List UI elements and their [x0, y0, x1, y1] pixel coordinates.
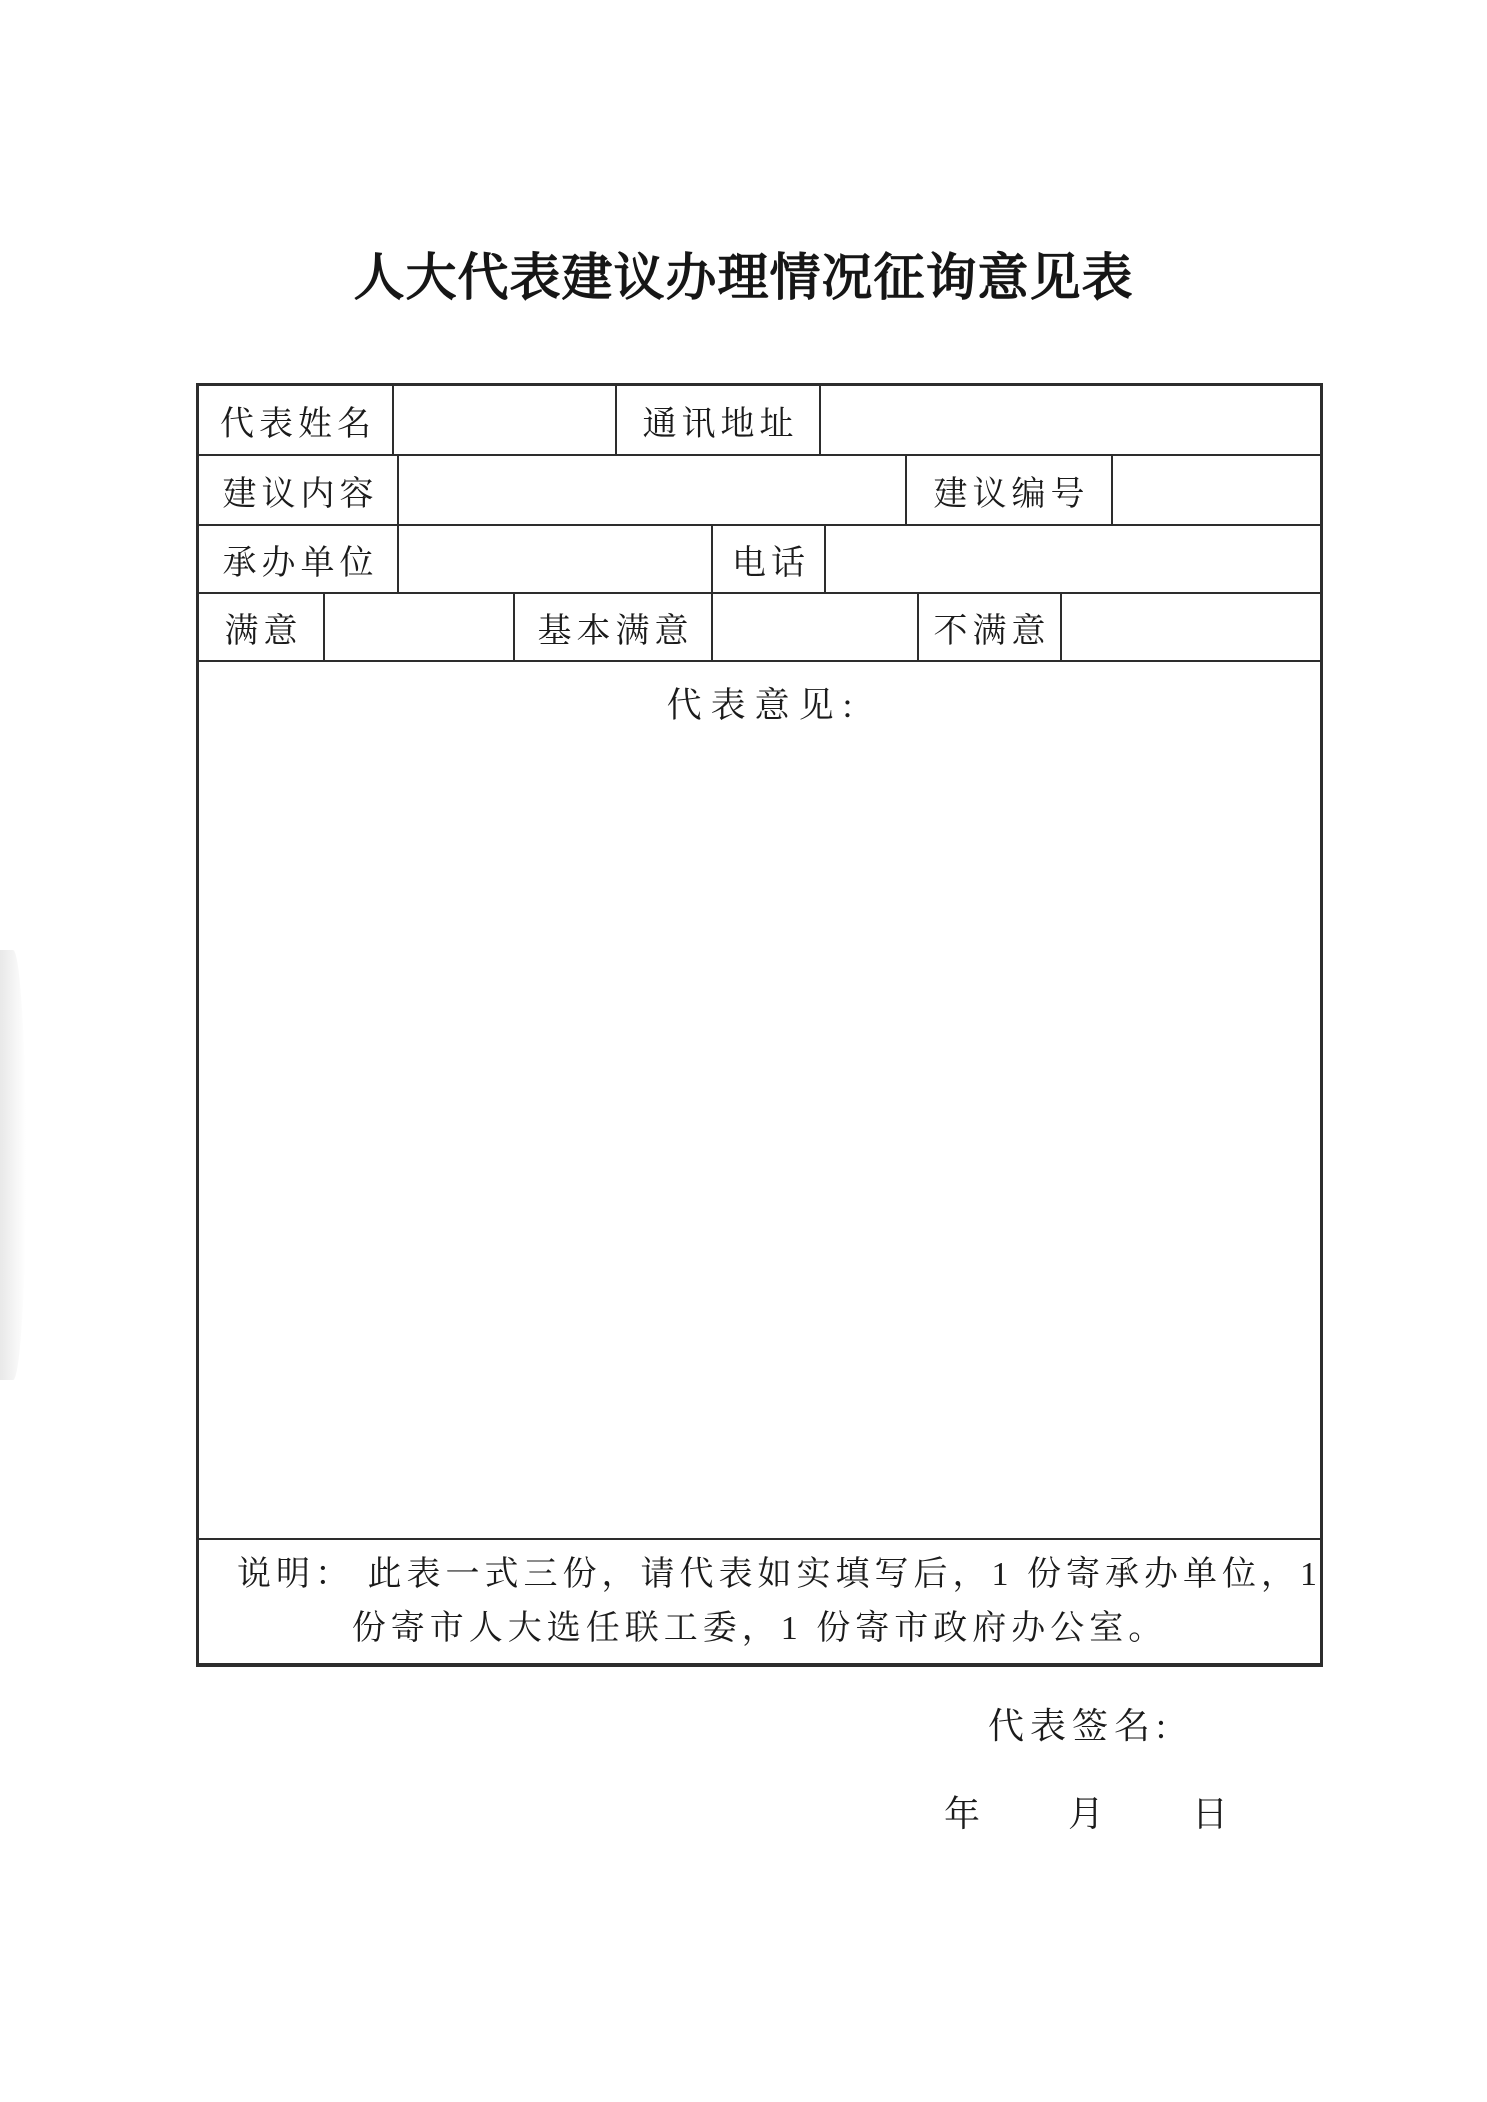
- date-month-label: 月: [1068, 1786, 1104, 1837]
- phone-label: 电话: [713, 526, 826, 592]
- row-name-address: 代表姓名 通讯地址: [199, 386, 1320, 456]
- basically-satisfied-value-cell: [713, 594, 919, 660]
- date-line: 年 月 日: [944, 1786, 1228, 1837]
- suggestion-number-value-cell: [1113, 456, 1320, 524]
- page-title: 人大代表建议办理情况征询意见表: [0, 236, 1487, 310]
- basically-satisfied-label: 基本满意: [515, 594, 713, 660]
- representative-name-value-cell: [394, 386, 617, 454]
- row-satisfaction: 满意 基本满意 不满意: [199, 594, 1320, 662]
- mailing-address-value-cell: [821, 386, 1320, 454]
- document-page: 人大代表建议办理情况征询意见表 代表姓名 通讯地址 建议内容 建议编号 承办单位…: [0, 0, 1487, 2102]
- suggestion-number-label: 建议编号: [907, 456, 1113, 524]
- suggestion-content-value-cell: [399, 456, 907, 524]
- representative-signature-label: 代表签名:: [988, 1698, 1172, 1749]
- satisfied-value-cell: [325, 594, 515, 660]
- scan-smudge: [0, 950, 26, 1380]
- suggestion-content-label: 建议内容: [199, 456, 399, 524]
- representative-name-label: 代表姓名: [199, 386, 394, 454]
- representative-opinion-cell: 代表意见:: [199, 662, 1320, 1540]
- unsatisfied-value-cell: [1062, 594, 1320, 660]
- date-day-label: 日: [1192, 1786, 1228, 1837]
- row-unit-phone: 承办单位 电话: [199, 526, 1320, 594]
- note-line-1: 说明： 此表一式三份，请代表如实填写后，1 份寄承办单位，1: [199, 1548, 1320, 1602]
- feedback-form-table: 代表姓名 通讯地址 建议内容 建议编号 承办单位 电话 满意 基本满意 不满意: [196, 383, 1323, 1667]
- mailing-address-label: 通讯地址: [617, 386, 821, 454]
- representative-opinion-label: 代表意见:: [199, 662, 1320, 728]
- phone-value-cell: [826, 526, 1320, 592]
- unsatisfied-label: 不满意: [919, 594, 1062, 660]
- satisfied-label: 满意: [199, 594, 325, 660]
- row-content-number: 建议内容 建议编号: [199, 456, 1320, 526]
- date-year-label: 年: [944, 1786, 980, 1837]
- handling-unit-label: 承办单位: [199, 526, 399, 592]
- handling-unit-value-cell: [399, 526, 713, 592]
- note-line-2: 份寄市人大选任联工委，1 份寄市政府办公室。: [199, 1602, 1320, 1656]
- instruction-note-cell: 说明： 此表一式三份，请代表如实填写后，1 份寄承办单位，1 份寄市人大选任联工…: [199, 1540, 1320, 1663]
